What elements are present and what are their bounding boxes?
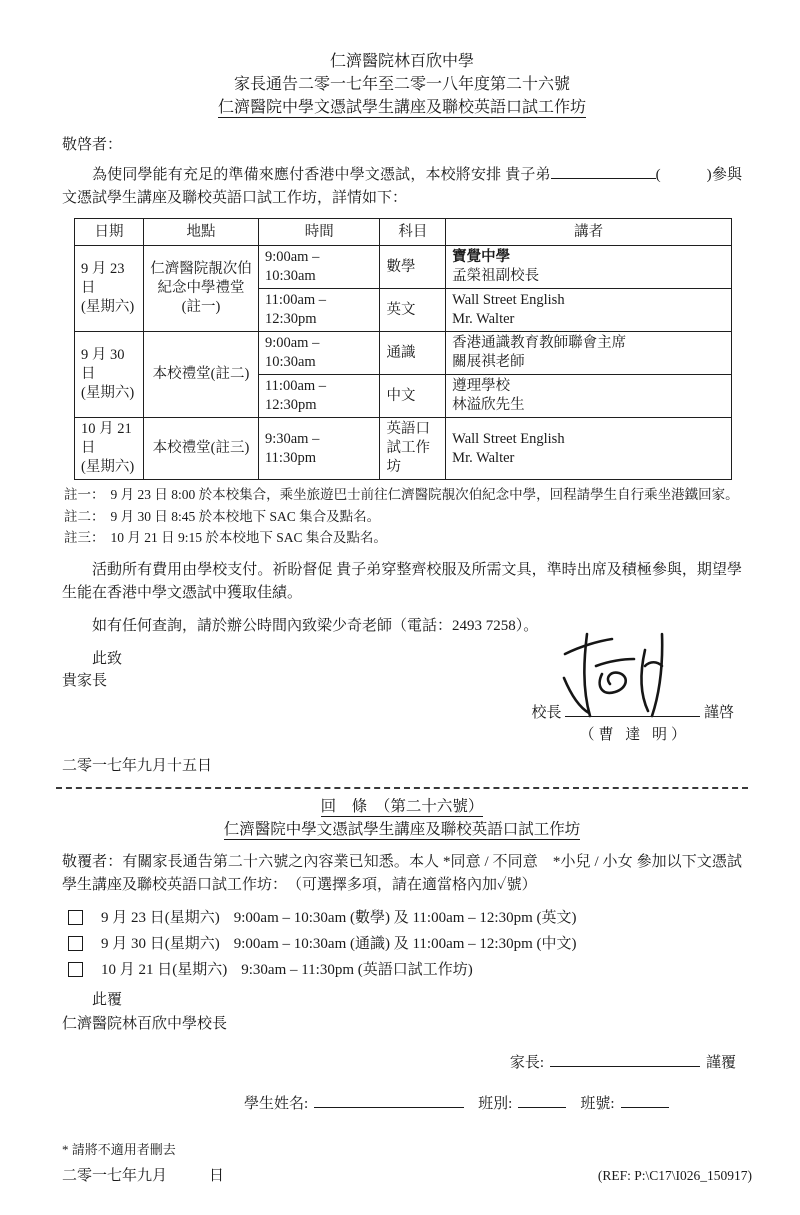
speaker-cell: Wall Street English Mr. Walter (446, 289, 732, 332)
student-name-blank (314, 1093, 464, 1108)
principal-name: （曹 達 明） (579, 723, 690, 744)
col-header-venue: 地點 (143, 219, 258, 246)
reply-closing: 此覆 (62, 989, 742, 1011)
fees-paragraph: 活動所有費用由學校支付。祈盼督促 貴子弟穿整齊校服及所需文具，準時出席及積極參與… (62, 559, 742, 605)
class-blank (518, 1093, 566, 1108)
principal-title-line: 仁濟醫院林百欣中學校長 (62, 1013, 742, 1035)
note-3: 註三：10 月 21 日 9:15 於本校地下 SAC 集合及點名。 (64, 527, 742, 549)
salutation: 敬啓者： (62, 133, 742, 154)
time-cell: 9:30am – 11:30pm (258, 418, 380, 480)
intro-paragraph: 為使同學能有充足的準備來應付香港中學文憑試，本校將安排 貴子弟()參與文憑試學生… (62, 164, 742, 210)
class-number-blank (621, 1093, 669, 1108)
bottom-row: 二零一七年九月日 (REF: P:\C17\I026_150917) (62, 1164, 742, 1185)
subject-cell: 中文 (380, 375, 446, 418)
note-2: 註二：9 月 30 日 8:45 於本校地下 SAC 集合及點名。 (64, 506, 742, 528)
cut-line (56, 787, 748, 789)
principal-sign-line: 校長 謹啓 (531, 701, 734, 722)
checkbox-icon (68, 910, 83, 925)
checkbox-icon (68, 936, 83, 951)
file-reference: (REF: P:\C17\I026_150917) (598, 1168, 752, 1184)
speaker-cell: 香港通識教育教師聯會主席 關展祺老師 (446, 332, 732, 375)
col-header-time: 時間 (258, 219, 380, 246)
time-cell: 9:00am – 10:30am (258, 246, 380, 289)
signature-area: 校長 謹啓 （曹 達 明） (62, 648, 742, 744)
table-row: 10 月 21 日 (星期六) 本校禮堂(註三) 9:30am – 11:30p… (75, 418, 732, 480)
col-header-speaker: 講者 (446, 219, 732, 246)
delete-where-inapplicable-note: * 請將不適用者刪去 (62, 1139, 742, 1158)
notice-number: 家長通告二零一七年至二零一八年度第二十六號 (62, 73, 742, 96)
student-info-line: 學生姓名:班別:班號: (244, 1092, 742, 1113)
venue-cell: 本校禮堂(註三) (143, 418, 258, 480)
subject-cell: 通識 (380, 332, 446, 375)
notes-block: 註一：9 月 23 日 8:00 於本校集合，乘坐旅遊巴士前往仁濟醫院靚次伯紀念… (64, 484, 742, 549)
notice-page: 仁濟醫院林百欣中學 家長通告二零一七年至二零一八年度第二十六號 仁濟醫院中學文憑… (0, 0, 800, 1215)
col-header-date: 日期 (75, 219, 144, 246)
option-row-1: 9 月 23 日(星期六) 9:00am – 10:30am (數學) 及 11… (62, 905, 742, 931)
speaker-cell: 寶覺中學 孟榮祖副校長 (446, 246, 732, 289)
time-cell: 11:00am – 12:30pm (258, 375, 380, 418)
notice-subject: 仁濟醫院中學文憑試學生講座及聯校英語口試工作坊 (62, 96, 742, 119)
time-cell: 11:00am – 12:30pm (258, 289, 380, 332)
venue-cell: 本校禮堂(註二) (143, 332, 258, 418)
reply-body: 敬覆者：有關家長通告第二十六號之內容業已知悉。本人 *同意 / 不同意 *小兒 … (62, 851, 742, 897)
speaker-cell: Wall Street English Mr. Walter (446, 418, 732, 480)
school-name: 仁濟醫院林百欣中學 (62, 50, 742, 73)
student-name-blank (551, 164, 656, 179)
note-1: 註一：9 月 23 日 8:00 於本校集合，乘坐旅遊巴士前往仁濟醫院靚次伯紀念… (64, 484, 742, 506)
parent-signature-blank (550, 1052, 700, 1067)
col-header-subject: 科目 (380, 219, 446, 246)
venue-cell: 仁濟醫院靚次伯紀念中學禮堂 (註一) (143, 246, 258, 332)
date-cell: 9 月 23 日 (星期六) (75, 246, 144, 332)
date-cell: 9 月 30 日 (星期六) (75, 332, 144, 418)
subject-cell: 英文 (380, 289, 446, 332)
reply-slip-title: 回 條 （第二十六號） (62, 795, 742, 818)
option-row-2: 9 月 30 日(星期六) 9:00am – 10:30am (通識) 及 11… (62, 931, 742, 957)
table-header-row: 日期 地點 時間 科目 講者 (75, 219, 732, 246)
subject-cell: 數學 (380, 246, 446, 289)
parent-sign-line: 家長:謹覆 (62, 1051, 742, 1072)
reply-slip-subject: 仁濟醫院中學文憑試學生講座及聯校英語口試工作坊 (62, 818, 742, 841)
reply-options: 9 月 23 日(星期六) 9:00am – 10:30am (數學) 及 11… (62, 905, 742, 983)
issue-date: 二零一七年九月十五日 (62, 754, 742, 775)
time-cell: 9:00am – 10:30am (258, 332, 380, 375)
date-cell: 10 月 21 日 (星期六) (75, 418, 144, 480)
option-row-3: 10 月 21 日(星期六) 9:30am – 11:30pm (英語口試工作坊… (62, 957, 742, 983)
schedule-table: 日期 地點 時間 科目 講者 9 月 23 日 (星期六) 仁濟醫院靚次伯紀念中… (74, 218, 732, 480)
subject-cell: 英語口試工作坊 (380, 418, 446, 480)
table-row: 9 月 23 日 (星期六) 仁濟醫院靚次伯紀念中學禮堂 (註一) 9:00am… (75, 246, 732, 289)
speaker-cell: 遵理學校 林溢欣先生 (446, 375, 732, 418)
table-row: 9 月 30 日 (星期六) 本校禮堂(註二) 9:00am – 10:30am… (75, 332, 732, 375)
signature-blank (565, 702, 700, 717)
reply-date: 二零一七年九月日 (62, 1168, 224, 1184)
checkbox-icon (68, 962, 83, 977)
